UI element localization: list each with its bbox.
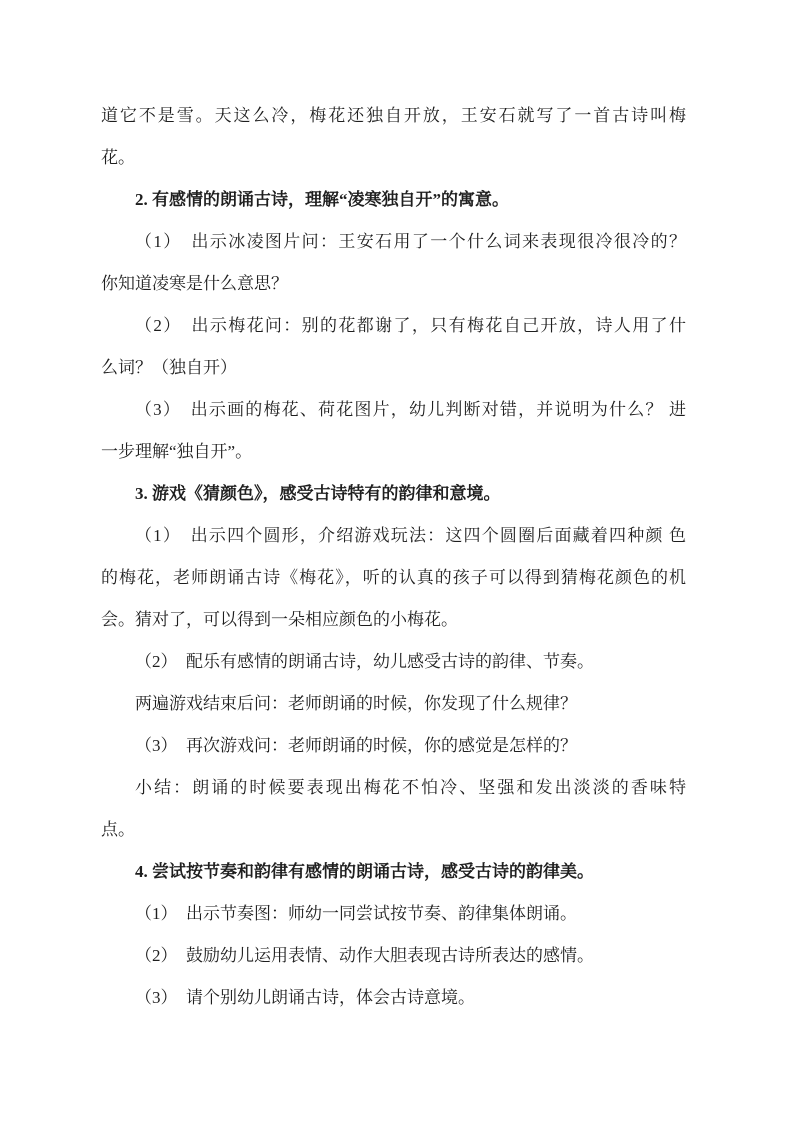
text-line: 两遍游戏结束后问：老师朗诵的时候，你发现了什么规律？	[101, 683, 686, 725]
document-page: 道它不是雪。天这么冷，梅花还独自开放，王安石就写了一首古诗叫梅 花。 2. 有感…	[0, 0, 794, 1123]
text-line: 么词？（独自开）	[101, 347, 686, 389]
section-heading-line: 2. 有感情的朗诵古诗，理解“凌寒独自开”的寓意。	[101, 179, 686, 221]
text-line: （1） 出示四个圆形，介绍游戏玩法：这四个圆圈后面藏着四种颜 色	[101, 515, 686, 557]
text-line: （3） 请个别幼儿朗诵古诗，体会古诗意境。	[101, 977, 686, 1019]
heading-section-3: 3. 游戏《猜颜色》，感受古诗特有的韵律和意境。	[101, 473, 686, 515]
item-2-3: （3） 出示画的梅花、荷花图片，幼儿判断对错，并说明为什么？ 进 一步理解“独自…	[101, 389, 686, 473]
text-line: （2） 出示梅花问：别的花都谢了，只有梅花自己开放，诗人用了什	[101, 305, 686, 347]
item-3-3: （3） 再次游戏问：老师朗诵的时候，你的感觉是怎样的？	[101, 725, 686, 767]
text-line: 道它不是雪。天这么冷，梅花还独自开放，王安石就写了一首古诗叫梅	[101, 95, 686, 137]
text-line: （3） 出示画的梅花、荷花图片，幼儿判断对错，并说明为什么？ 进	[101, 389, 686, 431]
item-2-2: （2） 出示梅花问：别的花都谢了，只有梅花自己开放，诗人用了什 么词？（独自开）	[101, 305, 686, 389]
text-line: （2） 鼓励幼儿运用表情、动作大胆表现古诗所表达的感情。	[101, 935, 686, 977]
summary-note: 小结：朗诵的时候要表现出梅花不怕冷、坚强和发出淡淡的香味特 点。	[101, 767, 686, 851]
item-2-1: （1） 出示冰凌图片问：王安石用了一个什么词来表现很冷很冷的？ 你知道凌寒是什么…	[101, 221, 686, 305]
text-line: （3） 再次游戏问：老师朗诵的时候，你的感觉是怎样的？	[101, 725, 686, 767]
item-3-1: （1） 出示四个圆形，介绍游戏玩法：这四个圆圈后面藏着四种颜 色 的梅花，老师朗…	[101, 515, 686, 641]
note-after-game: 两遍游戏结束后问：老师朗诵的时候，你发现了什么规律？	[101, 683, 686, 725]
text-line: 会。猜对了，可以得到一朵相应颜色的小梅花。	[101, 599, 686, 641]
section-heading-line: 4. 尝试按节奏和韵律有感情的朗诵古诗，感受古诗的韵律美。	[101, 851, 686, 893]
text-line: 小结：朗诵的时候要表现出梅花不怕冷、坚强和发出淡淡的香味特	[101, 767, 686, 809]
item-4-3: （3） 请个别幼儿朗诵古诗，体会古诗意境。	[101, 977, 686, 1019]
document-body: 道它不是雪。天这么冷，梅花还独自开放，王安石就写了一首古诗叫梅 花。 2. 有感…	[101, 95, 686, 1019]
text-line: 点。	[101, 809, 686, 851]
item-4-1: （1） 出示节奏图：师幼一同尝试按节奏、韵律集体朗诵。	[101, 893, 686, 935]
text-line: 花。	[101, 137, 686, 179]
heading-section-2: 2. 有感情的朗诵古诗，理解“凌寒独自开”的寓意。	[101, 179, 686, 221]
text-line: 你知道凌寒是什么意思？	[101, 263, 686, 305]
section-heading-line: 3. 游戏《猜颜色》，感受古诗特有的韵律和意境。	[101, 473, 686, 515]
text-line: （1） 出示节奏图：师幼一同尝试按节奏、韵律集体朗诵。	[101, 893, 686, 935]
text-line: （1） 出示冰凌图片问：王安石用了一个什么词来表现很冷很冷的？	[101, 221, 686, 263]
text-line: （2） 配乐有感情的朗诵古诗，幼儿感受古诗的韵律、节奏。	[101, 641, 686, 683]
item-3-2: （2） 配乐有感情的朗诵古诗，幼儿感受古诗的韵律、节奏。	[101, 641, 686, 683]
item-4-2: （2） 鼓励幼儿运用表情、动作大胆表现古诗所表达的感情。	[101, 935, 686, 977]
heading-section-4: 4. 尝试按节奏和韵律有感情的朗诵古诗，感受古诗的韵律美。	[101, 851, 686, 893]
text-line: 的梅花，老师朗诵古诗《梅花》，听的认真的孩子可以得到猜梅花颜色的机	[101, 557, 686, 599]
para-intro-continuation: 道它不是雪。天这么冷，梅花还独自开放，王安石就写了一首古诗叫梅 花。	[101, 95, 686, 179]
text-line: 一步理解“独自开”。	[101, 431, 686, 473]
